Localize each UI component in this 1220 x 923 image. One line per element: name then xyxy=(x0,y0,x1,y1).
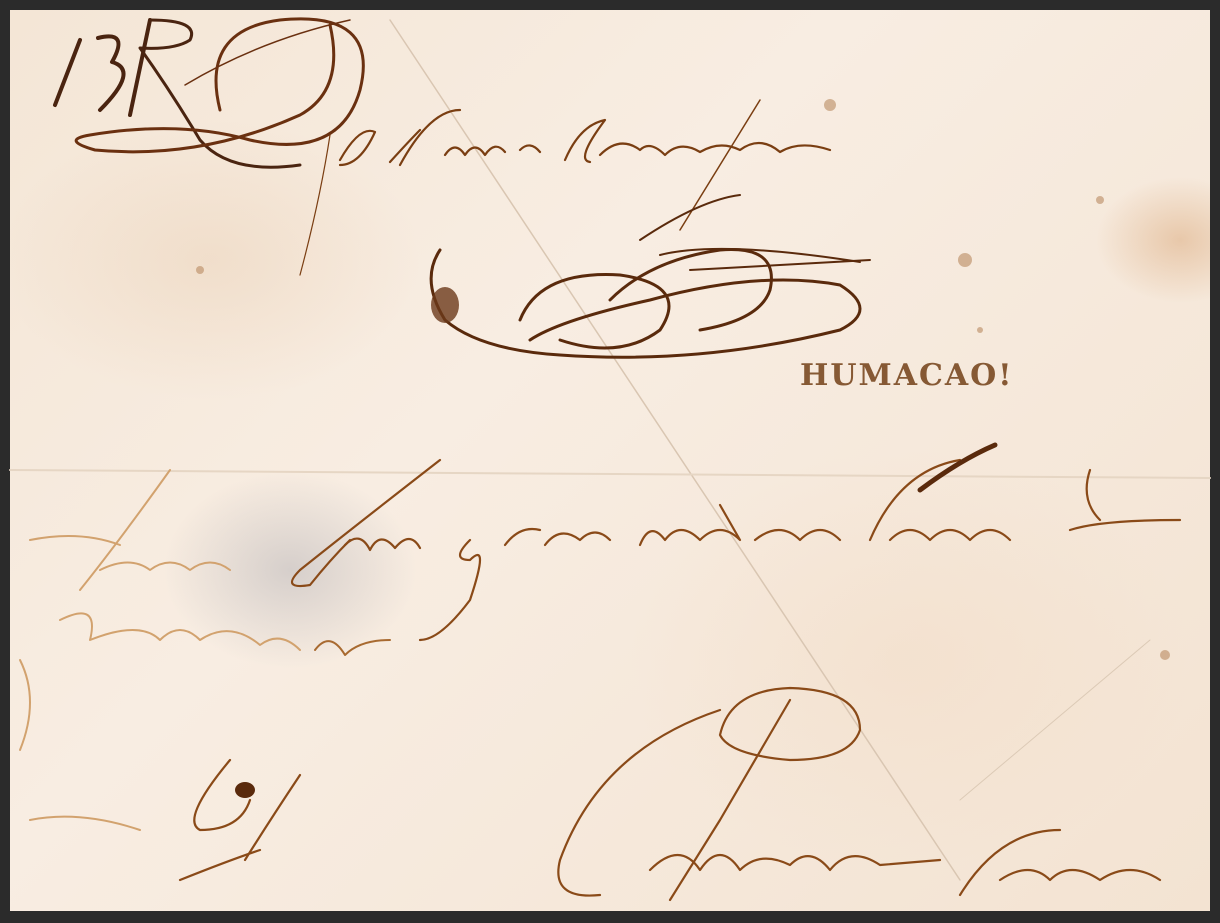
photo-frame: HUMACAO! xyxy=(0,0,1220,923)
docket-number xyxy=(55,20,300,167)
handwriting-layer xyxy=(0,0,1220,923)
humacao-postmark: HUMACAO! xyxy=(800,358,1013,393)
